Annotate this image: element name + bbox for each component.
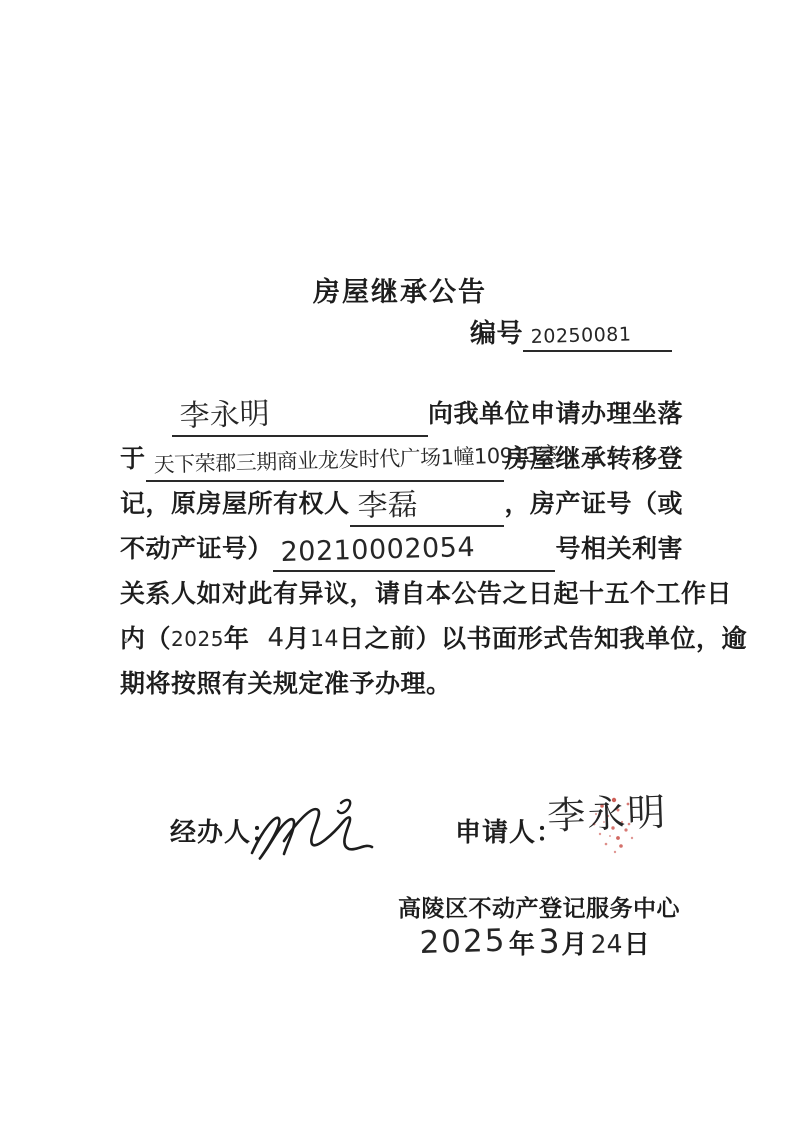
month-label: 月 [284,619,310,662]
date-month-label: 月 [561,924,588,961]
applicant-handwritten-name: 李永明 [179,400,270,432]
printed-text: 期将按照有关规定准予办理。 [120,664,452,707]
applicant-blank-line: 李永明 [172,392,428,437]
number-handwritten-value: 20250081 [531,325,632,347]
number-blank-line: 20250081 [523,314,672,352]
owner-blank-line: 李磊 [350,482,505,527]
applicant-handwritten-signature: 李永明 [547,793,668,835]
printed-text: ，房产证号（或 [504,484,683,527]
printed-text: 记，原房屋所有权人 [120,484,350,527]
issue-date-row: 2025 年 3 月 24 日 [420,924,650,966]
printed-text: 日之前）以书面形式告知我单位，逾 [339,619,747,662]
body-line-3: 记，原房屋所有权人 李磊 ，房产证号（或 [120,482,683,527]
issuing-organization: 高陵区不动产登记服务中心 [398,890,680,923]
deadline-year-handwritten: 2025 [171,627,224,651]
printed-text: 关系人如对此有异议，请自本公告之日起十五个工作日 [120,574,732,617]
date-month-handwritten: 3 [539,924,561,958]
printed-text: 于 [120,439,146,482]
body-line-7: 期将按照有关规定准予办理。 [120,662,683,707]
address-handwritten-value: 天下荣郡三期商业龙发时代广场1幢10913室 [153,444,559,476]
body-line-2: 于 天下荣郡三期商业龙发时代广场1幢10913室 房屋继承转移登 [120,437,683,482]
document-title: 房屋继承公告 [0,270,800,309]
printed-text: 不动产证号） [120,529,273,572]
certificate-number-blank-line: 20210002054 [273,527,555,572]
body-line-1: 李永明 向我单位申请办理坐落 [120,392,683,437]
number-label: 编号 [470,313,523,352]
scan-speck-artifact [124,638,128,642]
date-year-label: 年 [509,924,536,961]
date-day-handwritten: 24 [590,931,622,957]
date-year-handwritten: 2025 [419,926,507,959]
property-address-blank-line: 天下荣郡三期商业龙发时代广场1幢10913室 [146,437,505,482]
notice-body: 李永明 向我单位申请办理坐落 于 天下荣郡三期商业龙发时代广场1幢10913室 … [120,392,683,707]
certificate-handwritten-number: 20210002054 [280,534,475,566]
body-line-6: 内（ 2025 年 4 月 14 日之前）以书面形式告知我单位，逾 [120,617,683,662]
body-line-5: 关系人如对此有异议，请自本公告之日起十五个工作日 [120,572,683,617]
document-number-row: 编号 20250081 [470,314,672,352]
printed-text: 号相关利害 [555,529,683,572]
body-line-4: 不动产证号） 20210002054 号相关利害 [120,527,683,572]
deadline-month-handwritten: 4 [267,623,284,653]
year-label: 年 [224,619,250,662]
owner-handwritten-name: 李磊 [357,490,418,522]
deadline-day-handwritten: 14 [310,627,339,652]
printed-text: 向我单位申请办理坐落 [428,394,683,437]
date-day-label: 日 [624,924,651,961]
scanned-notice-document: 房屋继承公告 编号 20250081 李永明 向我单位申请办理坐落 于 天下荣郡… [0,0,800,1139]
handler-signature-scribble [245,789,377,872]
